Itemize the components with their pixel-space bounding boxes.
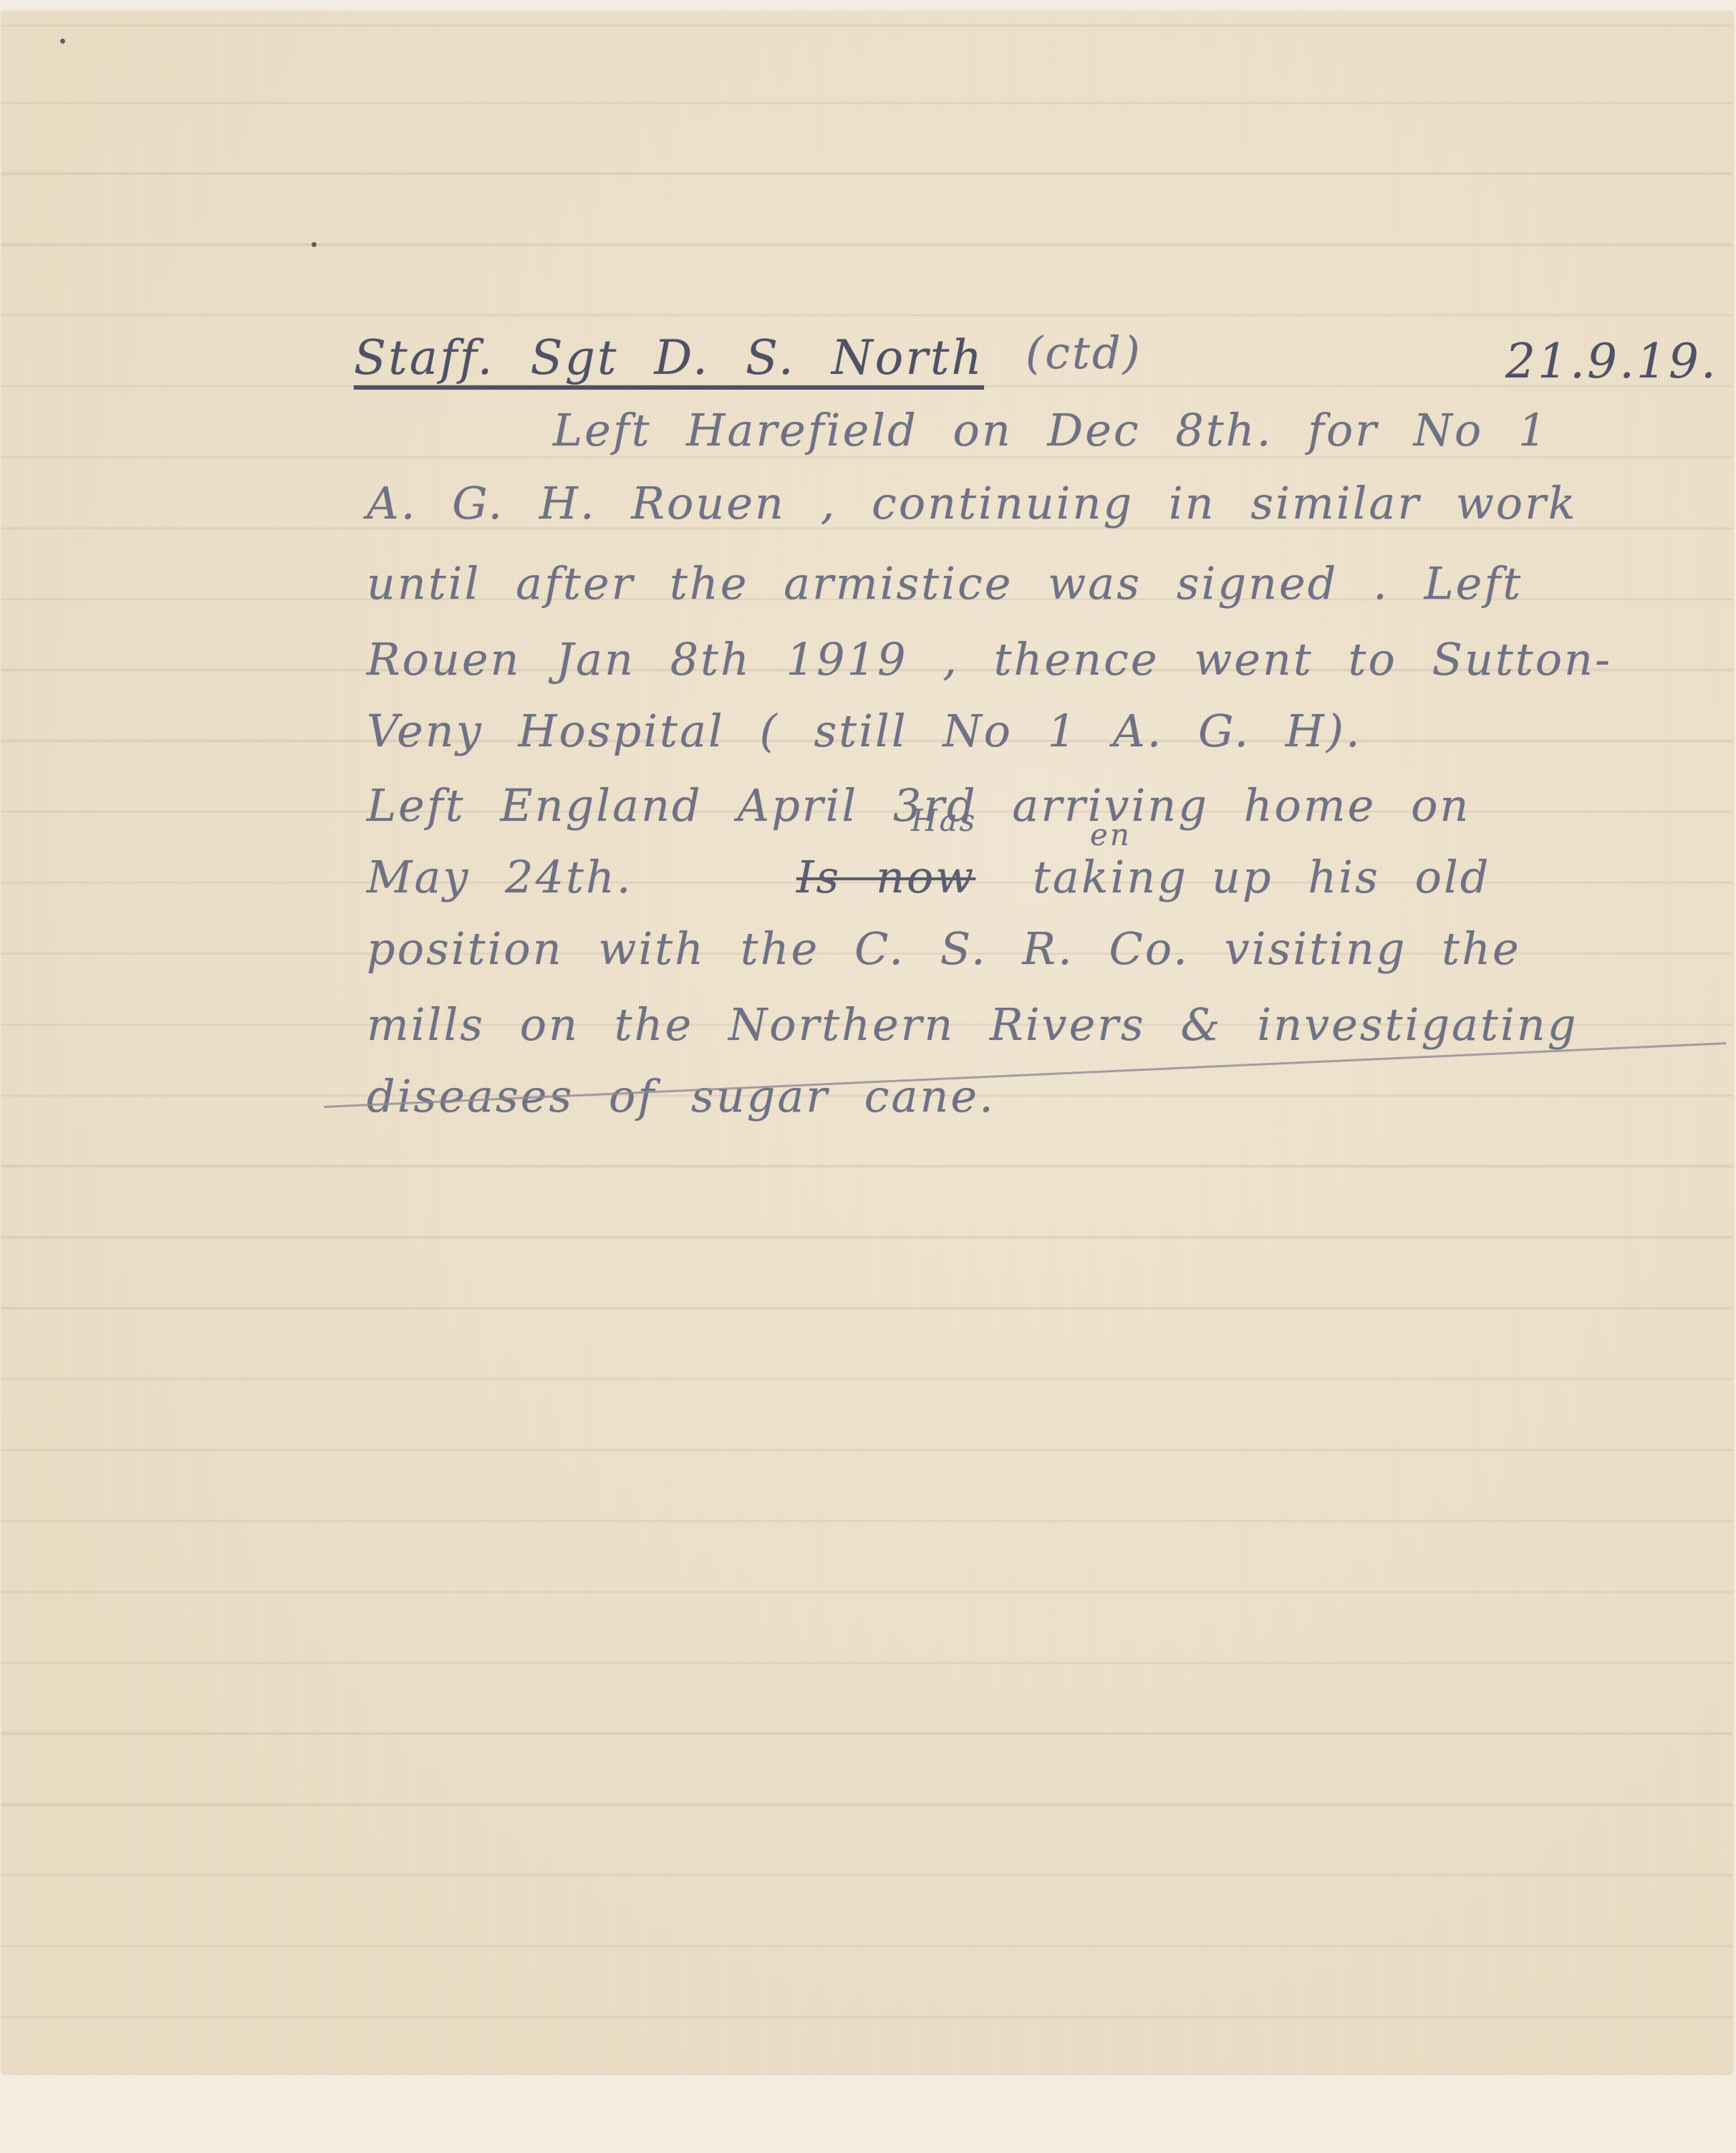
text-line-8: position with the C. S. R. Co. visiting … — [367, 923, 1521, 975]
text-line-2: A. G. H. Rouen , continuing in similar w… — [367, 477, 1577, 529]
text-line-7-rest: up his old — [1212, 851, 1490, 903]
text-line-4: Rouen Jan 8th 1919 , thence went to Sutt… — [367, 633, 1612, 685]
text-line-7-start: May 24th. — [367, 851, 633, 903]
text-line-7-word: taking — [1033, 851, 1188, 903]
text-line-1: Left Harefield on Dec 8th. for No 1 — [553, 404, 1548, 456]
ink-speck — [60, 39, 65, 44]
ink-speck — [312, 242, 317, 247]
heading-annotation: (ctd) — [1026, 327, 1142, 379]
insertion-en: en — [1090, 817, 1132, 852]
text-line-9: mills on the Northern Rivers & investiga… — [367, 998, 1578, 1051]
struck-text: Is now — [796, 851, 975, 903]
text-line-5: Veny Hospital ( still No 1 A. G. H). — [367, 705, 1362, 757]
heading-name: Staff. Sgt D. S. North — [354, 330, 984, 385]
manuscript-page: Staff. Sgt D. S. North (ctd) 21.9.19. Le… — [1, 11, 1733, 2074]
text-line-3: until after the armistice was signed . L… — [367, 557, 1523, 610]
text-line-10: diseases of sugar cane. — [367, 1070, 995, 1122]
insertion-has: Has — [911, 803, 977, 838]
heading-date: 21.9.19. — [1505, 334, 1718, 389]
